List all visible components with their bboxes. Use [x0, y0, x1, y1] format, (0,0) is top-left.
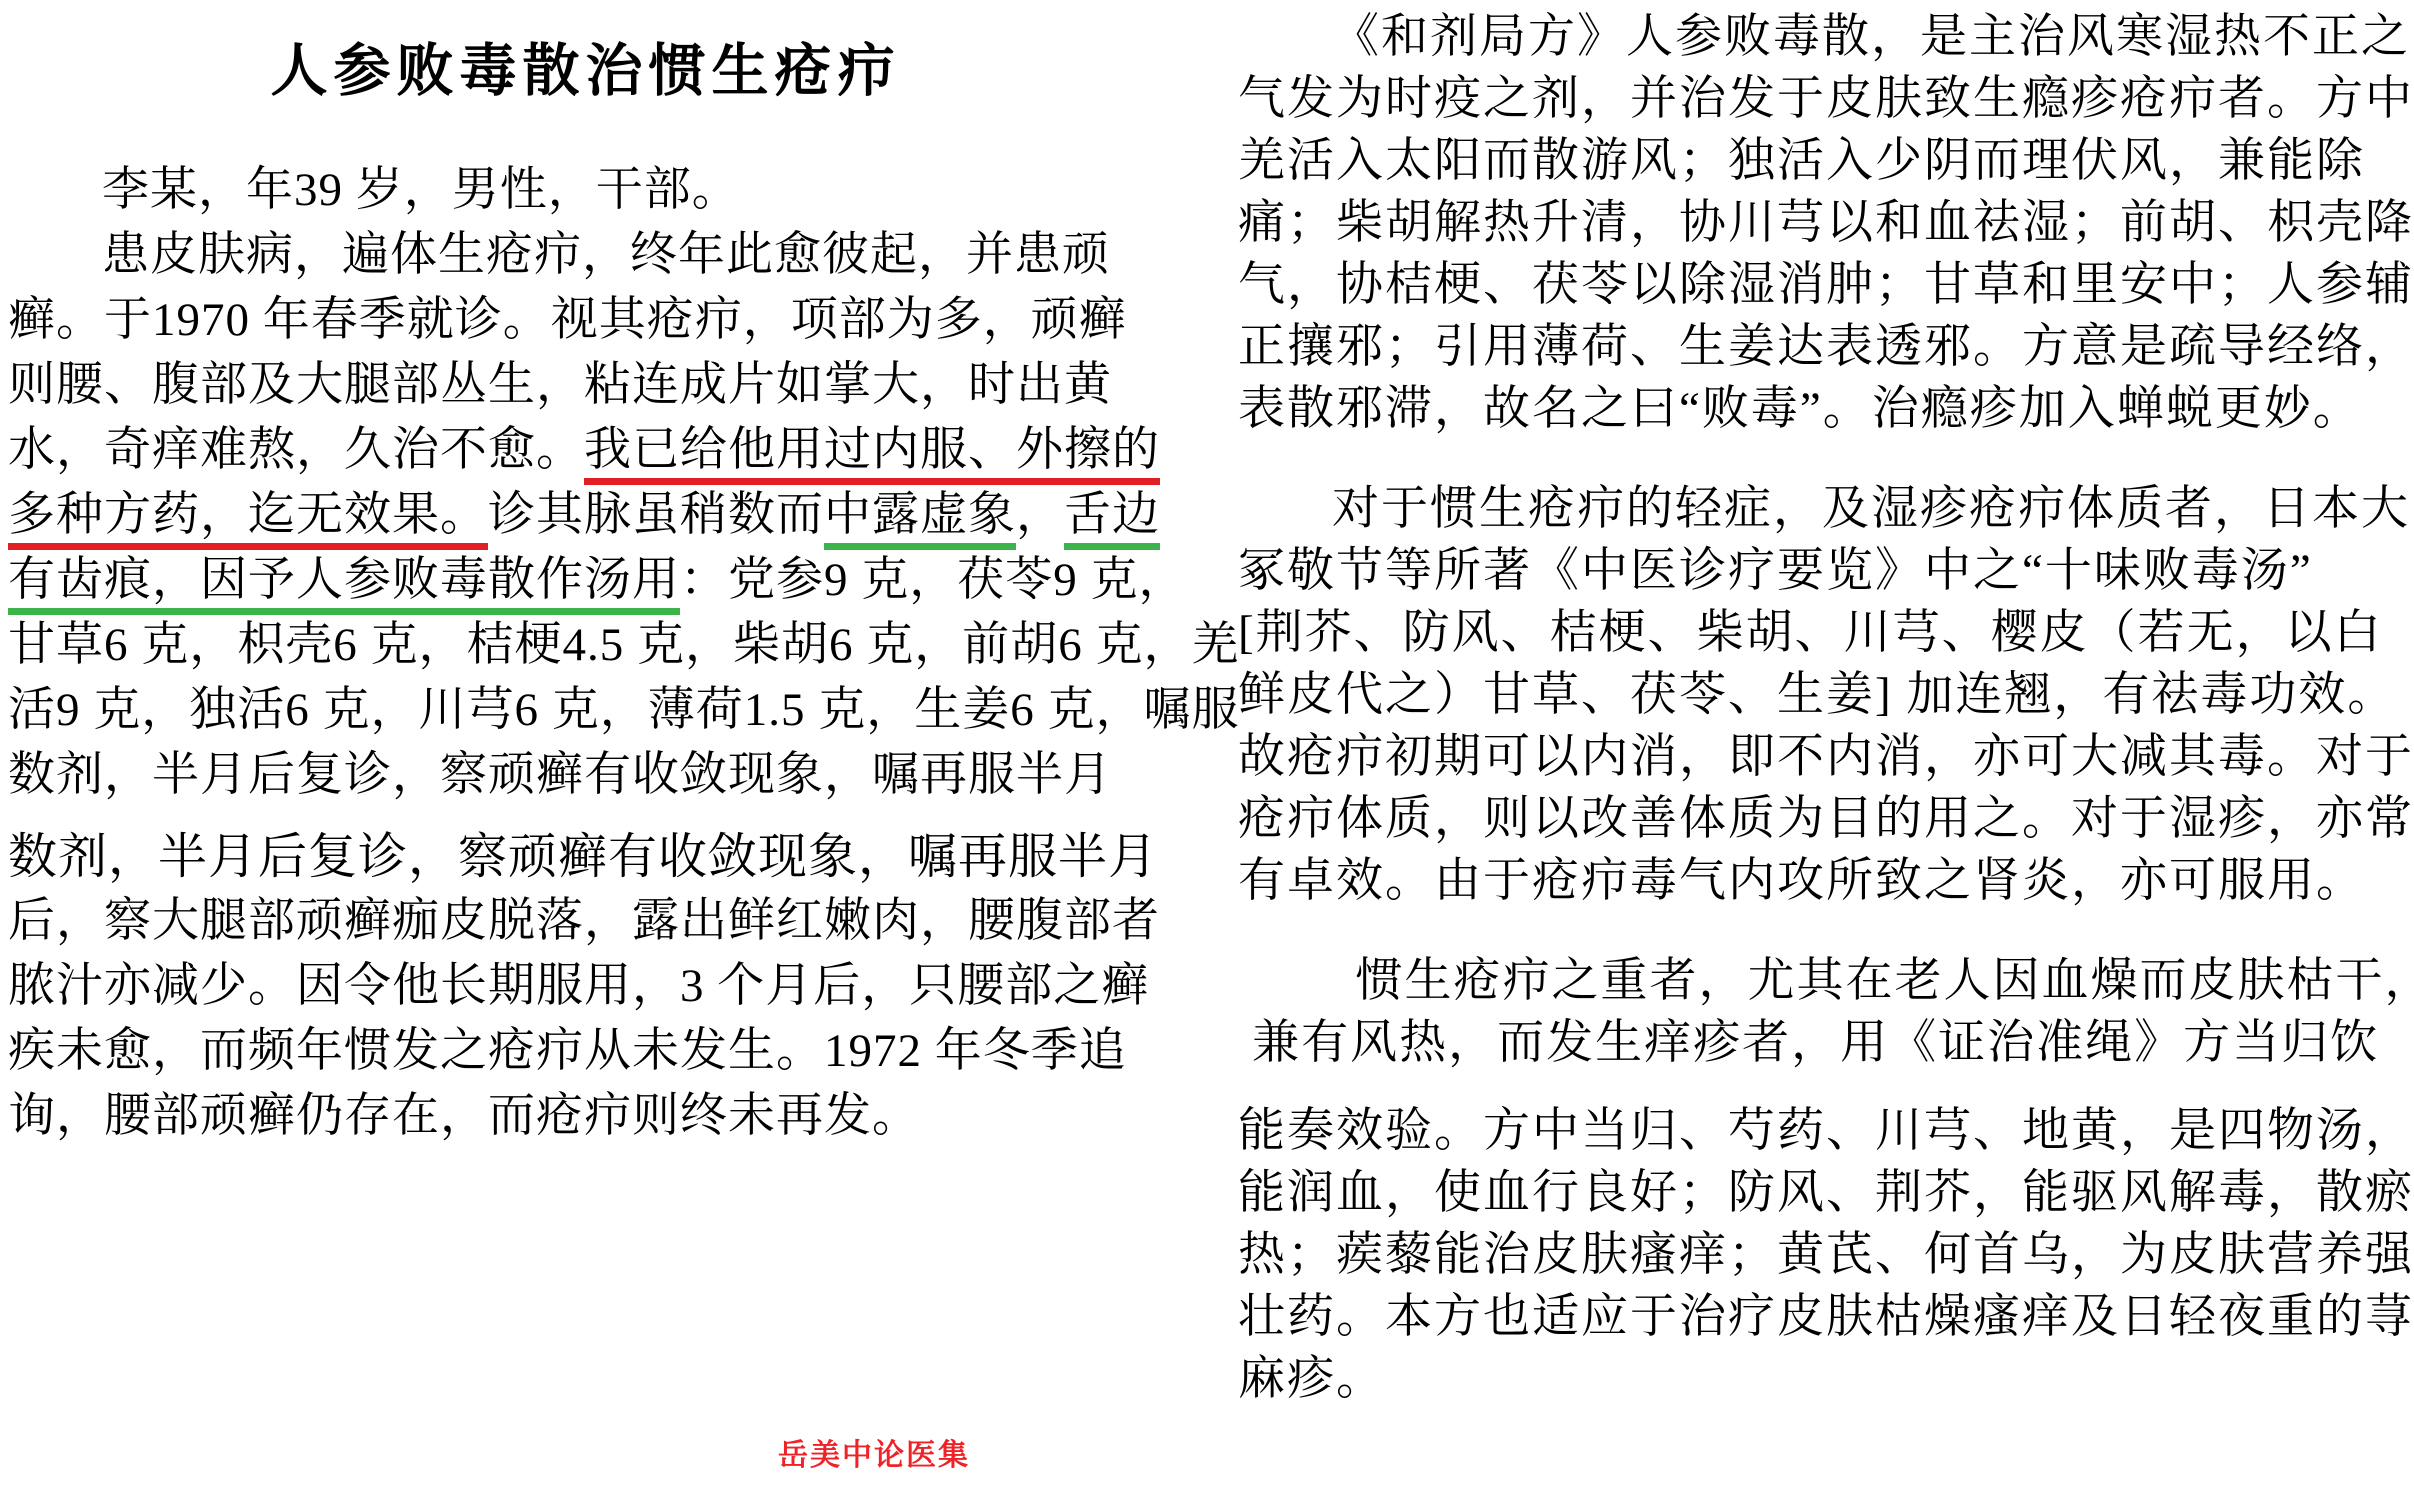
left-column: 人参败毒散治惯生疮疖 李某，年39 岁，男性，干部。患皮肤病，遍体生疮疖，终年此… [8, 18, 1163, 1149]
text-line: 对于惯生疮疖的轻症，及湿疹疮疖体质者，日本大 [1238, 478, 2412, 540]
text-line: 有卓效。由于疮疖毒气内攻所致之肾炎，亦可服用。 [1238, 850, 2412, 912]
right-column: 《和剂局方》人参败毒散，是主治风寒湿热不正之气发为时疫之剂，并治发于皮肤致生瘾疹… [1238, 6, 2412, 1410]
underlined-text-green: 有齿痕，因予人参败毒散作汤用 [8, 554, 680, 615]
text-run: 脓汁亦减少。因令他长期服用，3 个月后，只腰部之癣 [8, 960, 1149, 1012]
text-run: 气，协桔梗、茯苓以除湿消肿；甘草和里安中；人参辅 [1238, 259, 2414, 311]
text-run: 正攘邪；引用薄荷、生姜达表透邪。方意是疏导经络， [1238, 321, 2414, 373]
text-line: 甘草6 克，枳壳6 克，桔梗4.5 克，柴胡6 克，前胡6 克，羌 [8, 613, 1163, 678]
text-run: [荆芥、防风、桔梗、柴胡、川芎、樱皮（若无，以白 [1238, 607, 2383, 659]
text-run: 惯生疮疖之重者，尤其在老人因血燥而皮肤枯干， [1356, 955, 2414, 1007]
page-title: 人参败毒散治惯生疮疖 [8, 30, 1163, 112]
text-run: 壮药。本方也适应于治疗皮肤枯燥瘙痒及日轻夜重的荨 [1238, 1291, 2414, 1343]
text-line: 能奏效验。方中当归、芍药、川芎、地黄，是四物汤， [1238, 1100, 2412, 1162]
text-run: 水，奇痒难熬，久治不愈。 [8, 424, 584, 476]
text-run: 表散邪滞，故名之曰“败毒”。治瘾疹加入蝉蜕更妙。 [1238, 383, 2362, 435]
underlined-text-green: 舌边 [1064, 489, 1160, 550]
text-run: 疾未愈，而频年惯发之疮疖从未发生。1972 年冬季追 [8, 1025, 1127, 1077]
text-run: 鲜皮代之）甘草、茯苓、生姜] 加连翘，有祛毒功效。 [1238, 669, 2396, 721]
text-run: 则腰、腹部及大腿部丛生，粘连成片如掌大，时出黄 [8, 359, 1112, 411]
text-run: 患皮肤病，遍体生疮疖，终年此愈彼起，并患顽 [102, 229, 1110, 281]
paragraph: 能奏效验。方中当归、芍药、川芎、地黄，是四物汤，能润血，使血行良好；防风、荆芥，… [1238, 1100, 2412, 1410]
text-run: 能奏效验。方中当归、芍药、川芎、地黄，是四物汤， [1238, 1105, 2414, 1157]
text-line: 鲜皮代之）甘草、茯苓、生姜] 加连翘，有祛毒功效。 [1238, 664, 2412, 726]
text-line: 后，察大腿部顽癣痂皮脱落，露出鲜红嫩肉，腰腹部者 [8, 889, 1163, 954]
text-run: 诊其脉虽稍数而 [488, 489, 824, 541]
text-run: 癣。于1970 年春季就诊。视其疮疖，项部为多，顽癣 [8, 294, 1127, 346]
text-run: 气发为时疫之剂，并治发于皮肤致生瘾疹疮疖者。方中 [1238, 73, 2414, 125]
text-line: 疮疖体质，则以改善体质为目的用之。对于湿疹，亦常 [1238, 788, 2412, 850]
text-line: 羌活入太阳而散游风；独活入少阴而理伏风，兼能除 [1238, 130, 2412, 192]
text-line: 疾未愈，而频年惯发之疮疖从未发生。1972 年冬季追 [8, 1019, 1163, 1084]
text-line: 痛；柴胡解热升清，协川芎以和血祛湿；前胡、枳壳降 [1238, 192, 2412, 254]
underlined-text-red: 我已给他用过内服、外擦的 [584, 424, 1160, 485]
text-run: 李某，年39 岁，男性，干部。 [102, 164, 740, 216]
text-line: 《和剂局方》人参败毒散，是主治风寒湿热不正之 [1238, 6, 2412, 68]
text-line: 热；蒺藜能治皮肤瘙痒；黄芪、何首乌，为皮肤营养强 [1238, 1224, 2412, 1286]
text-line: 数剂，半月后复诊，察顽癣有收敛现象，嘱再服半月 [8, 824, 1163, 889]
text-run: 故疮疖初期可以内消，即不内消，亦可大减其毒。对于 [1238, 731, 2414, 783]
text-run: 活9 克，独活6 克，川芎6 克，薄荷1.5 克，生姜6 克，嘱服 [8, 684, 1240, 736]
text-line: 多种方药，迄无效果。诊其脉虽稍数而中露虚象，舌边 [8, 483, 1163, 548]
text-line: 惯生疮疖之重者，尤其在老人因血燥而皮肤枯干， [1238, 950, 2412, 1012]
underlined-text-green: 中露虚象 [824, 489, 1016, 550]
text-line: 正攘邪；引用薄荷、生姜达表透邪。方意是疏导经络， [1238, 316, 2412, 378]
paragraph: 惯生疮疖之重者，尤其在老人因血燥而皮肤枯干，兼有风热，而发生痒疹者，用《证治准绳… [1238, 950, 2412, 1074]
text-line: 数剂，半月后复诊，察顽癣有收敛现象，嘱再服半月 [8, 743, 1163, 808]
text-line: 癣。于1970 年春季就诊。视其疮疖，项部为多，顽癣 [8, 288, 1163, 353]
text-line: 表散邪滞，故名之曰“败毒”。治瘾疹加入蝉蜕更妙。 [1238, 378, 2412, 440]
text-line: 兼有风热，而发生痒疹者，用《证治准绳》方当归饮 [1238, 1012, 2412, 1074]
left-column-lines: 李某，年39 岁，男性，干部。患皮肤病，遍体生疮疖，终年此愈彼起，并患顽癣。于1… [8, 158, 1163, 1149]
paragraph: 对于惯生疮疖的轻症，及湿疹疮疖体质者，日本大冢敬节等所著《中医诊疗要览》中之“十… [1238, 478, 2412, 912]
text-run: 《和剂局方》人参败毒散，是主治风寒湿热不正之 [1332, 11, 2410, 63]
text-line: 患皮肤病，遍体生疮疖，终年此愈彼起，并患顽 [8, 223, 1163, 288]
text-run: 有卓效。由于疮疖毒气内攻所致之肾炎，亦可服用。 [1238, 855, 2365, 907]
text-line: [荆芥、防风、桔梗、柴胡、川芎、樱皮（若无，以白 [1238, 602, 2412, 664]
text-run: 能润血，使血行良好；防风、荆芥，能驱风解毒，散瘀 [1238, 1167, 2414, 1219]
text-run: 冢敬节等所著《中医诊疗要览》中之“十味败毒汤” [1238, 545, 2313, 597]
text-line: 水，奇痒难熬，久治不愈。我已给他用过内服、外擦的 [8, 418, 1163, 483]
text-line: 壮药。本方也适应于治疗皮肤枯燥瘙痒及日轻夜重的荨 [1238, 1286, 2412, 1348]
text-run: 询，腰部顽癣仍存在，而疮疖则终未再发。 [8, 1090, 920, 1142]
text-line: 脓汁亦减少。因令他长期服用，3 个月后，只腰部之癣 [8, 954, 1163, 1019]
text-line: 冢敬节等所著《中医诊疗要览》中之“十味败毒汤” [1238, 540, 2412, 602]
text-run: 后，察大腿部顽癣痂皮脱落，露出鲜红嫩肉，腰腹部者 [8, 895, 1160, 947]
text-run: 麻疹。 [1238, 1353, 1385, 1405]
text-run: 热；蒺藜能治皮肤瘙痒；黄芪、何首乌，为皮肤营养强 [1238, 1229, 2414, 1281]
text-run: 数剂，半月后复诊，察顽癣有收敛现象，嘱再服半月 [8, 749, 1112, 801]
scanned-document-page: 人参败毒散治惯生疮疖 李某，年39 岁，男性，干部。患皮肤病，遍体生疮疖，终年此… [0, 0, 2414, 1493]
text-line: 则腰、腹部及大腿部丛生，粘连成片如掌大，时出黄 [8, 353, 1163, 418]
text-line: 询，腰部顽癣仍存在，而疮疖则终未再发。 [8, 1084, 1163, 1149]
text-run: 羌活入太阳而散游风；独活入少阴而理伏风，兼能除 [1238, 135, 2365, 187]
text-run: ， [1016, 489, 1064, 541]
text-line: 气，协桔梗、茯苓以除湿消肿；甘草和里安中；人参辅 [1238, 254, 2412, 316]
text-run: ：党参9 克，茯苓9 克， [680, 554, 1187, 606]
text-run: 对于惯生疮疖的轻症，及湿疹疮疖体质者，日本大 [1332, 483, 2410, 535]
text-run: 数剂，半月后复诊，察顽癣有收敛现象，嘱再服半月 [8, 829, 1158, 884]
text-run: 兼有风热，而发生痒疹者，用《证治准绳》方当归饮 [1252, 1017, 2379, 1069]
text-line: 气发为时疫之剂，并治发于皮肤致生瘾疹疮疖者。方中 [1238, 68, 2412, 130]
text-run: 甘草6 克，枳壳6 克，桔梗4.5 克，柴胡6 克，前胡6 克，羌 [8, 619, 1240, 671]
text-line: 麻疹。 [1238, 1348, 2412, 1410]
text-run: 疮疖体质，则以改善体质为目的用之。对于湿疹，亦常 [1238, 793, 2414, 845]
paragraph: 《和剂局方》人参败毒散，是主治风寒湿热不正之气发为时疫之剂，并治发于皮肤致生瘾疹… [1238, 6, 2412, 440]
text-line: 有齿痕，因予人参败毒散作汤用：党参9 克，茯苓9 克， [8, 548, 1163, 613]
text-line: 活9 克，独活6 克，川芎6 克，薄荷1.5 克，生姜6 克，嘱服 [8, 678, 1163, 743]
underlined-text-red: 多种方药，迄无效果。 [8, 489, 488, 550]
text-run: 痛；柴胡解热升清，协川芎以和血祛湿；前胡、枳壳降 [1238, 197, 2414, 249]
watermark: 岳美中论医集 [778, 1430, 970, 1474]
text-line: 李某，年39 岁，男性，干部。 [8, 158, 1163, 223]
text-line: 故疮疖初期可以内消，即不内消，亦可大减其毒。对于 [1238, 726, 2412, 788]
text-line: 能润血，使血行良好；防风、荆芥，能驱风解毒，散瘀 [1238, 1162, 2412, 1224]
